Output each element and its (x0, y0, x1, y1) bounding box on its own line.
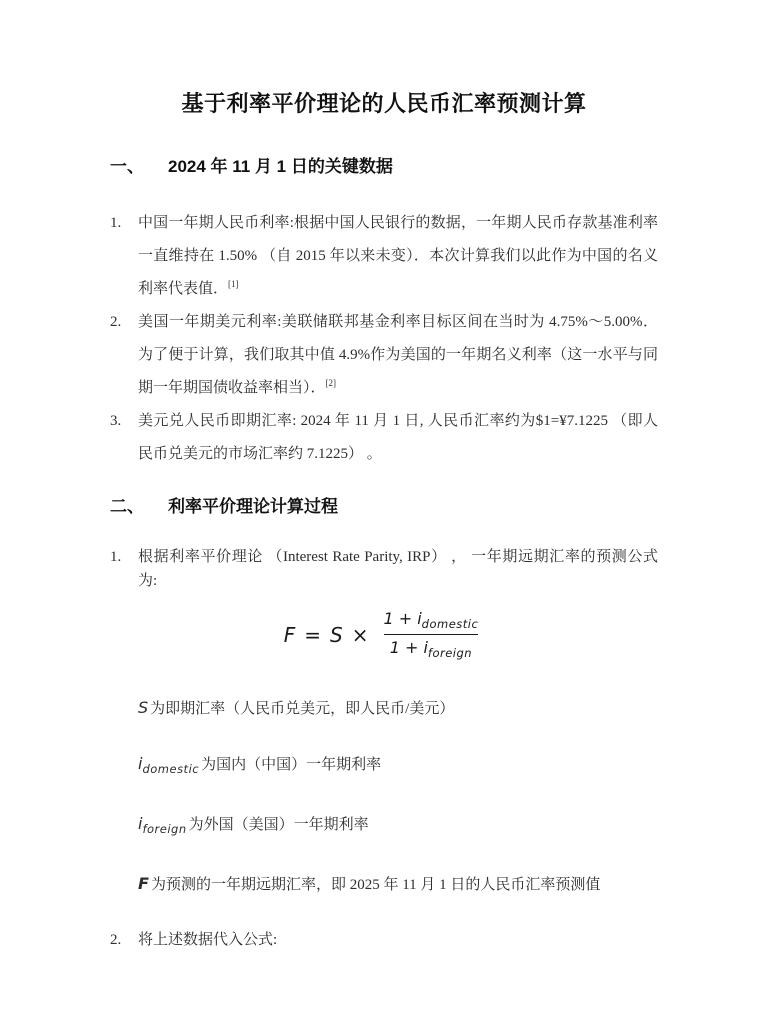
item-text: 美元兑人民币即期汇率: 2024 年 11 月 1 日, 人民币汇率约为$1=¥… (138, 405, 658, 471)
list-item: 1. 中国一年期人民币利率:根据中国人民银行的数据，一年期人民币存款基准利率一直… (110, 207, 658, 306)
fraction-denominator: 1 + iforeign (384, 634, 478, 660)
section-1-heading: 一、 2024 年 11 月 1 日的关键数据 (110, 155, 658, 179)
var-description: 为即期汇率（人民币兑美元，即人民币/美元） (150, 701, 454, 717)
section-1-number: 一、 (110, 155, 168, 179)
section-2-heading: 二、 利率平价理论计算过程 (110, 495, 658, 519)
formula-times-sign: × (352, 623, 369, 647)
list-item: 3. 美元兑人民币即期汇率: 2024 年 11 月 1 日, 人民币汇率约为$… (110, 405, 658, 471)
footnote-ref-2: [2] (326, 378, 337, 388)
var-description: 为国内（中国）一年期利率 (201, 757, 381, 773)
denominator-base: 1 + i (390, 638, 428, 657)
section-2-number: 二、 (110, 495, 168, 519)
document-page: 基于利率平价理论的人民币汇率预测计算 一、 2024 年 11 月 1 日的关键… (0, 0, 768, 1024)
var-description: 为外国（美国）一年期利率 (189, 817, 369, 833)
numerator-subscript: domestic (422, 617, 479, 631)
item-text: 中国一年期人民币利率:根据中国人民银行的数据，一年期人民币存款基准利率一直维持在… (138, 207, 658, 306)
item-number: 3. (110, 405, 138, 471)
irp-formula-block: F = S × 1 + idomestic 1 + iforeign (110, 609, 658, 660)
formula-equals-sign: = (304, 623, 321, 647)
item-body-text: 中国一年期人民币利率:根据中国人民银行的数据，一年期人民币存款基准利率一直维持在… (138, 215, 658, 297)
item-number: 2. (110, 928, 138, 952)
numerator-base: 1 + i (383, 609, 421, 628)
variable-definition-forward: F为预测的一年期远期汇率，即 2025 年 11 月 1 日的人民币汇率预测值 (138, 872, 658, 897)
variable-definition-foreign: iforeign为外国（美国）一年期利率 (138, 812, 658, 841)
key-data-list: 1. 中国一年期人民币利率:根据中国人民银行的数据，一年期人民币存款基准利率一直… (110, 207, 658, 471)
document-title: 基于利率平价理论的人民币汇率预测计算 (110, 88, 658, 119)
calculation-list-continued: 2. 将上述数据代入公式: (110, 928, 658, 952)
footnote-ref-1: [1] (228, 279, 239, 289)
item-body-text: 根据利率平价理论 （Interest Rate Parity, IRP） ， 一… (138, 549, 658, 589)
list-item: 1. 根据利率平价理论 （Interest Rate Parity, IRP） … (110, 545, 658, 593)
formula-lhs: F (284, 623, 296, 647)
fraction-numerator: 1 + idomestic (377, 609, 484, 634)
item-body-text: 将上述数据代入公式: (138, 932, 277, 948)
item-body-text: 美国一年期美元利率:美联储联邦基金利率目标区间在当时为 4.75%～5.00%．… (138, 314, 658, 396)
formula-spot-rate: S (330, 623, 343, 647)
item-text: 根据利率平价理论 （Interest Rate Parity, IRP） ， 一… (138, 545, 658, 593)
var-symbol-F: F (138, 874, 151, 893)
var-symbol-i-foreign: iforeign (138, 814, 189, 833)
var-symbol-S: S (138, 698, 150, 717)
var-description: 为预测的一年期远期汇率，即 2025 年 11 月 1 日的人民币汇率预测值 (151, 877, 600, 893)
section-2-title: 利率平价理论计算过程 (168, 495, 338, 519)
list-item: 2. 将上述数据代入公式: (110, 928, 658, 952)
var-subscript: domestic (142, 762, 199, 776)
item-number: 1. (110, 545, 138, 593)
denominator-subscript: foreign (428, 646, 472, 660)
var-symbol-i-domestic: idomestic (138, 754, 201, 773)
item-body-text: 美元兑人民币即期汇率: 2024 年 11 月 1 日, 人民币汇率约为$1=¥… (138, 413, 658, 462)
irp-formula: F = S × 1 + idomestic 1 + iforeign (284, 609, 485, 660)
var-subscript: foreign (142, 822, 186, 836)
item-number: 1. (110, 207, 138, 306)
formula-fraction: 1 + idomestic 1 + iforeign (377, 609, 484, 660)
section-1-title: 2024 年 11 月 1 日的关键数据 (168, 155, 393, 179)
item-text: 美国一年期美元利率:美联储联邦基金利率目标区间在当时为 4.75%～5.00%．… (138, 306, 658, 405)
calculation-list: 1. 根据利率平价理论 （Interest Rate Parity, IRP） … (110, 545, 658, 593)
variable-definition-spot: S为即期汇率（人民币兑美元，即人民币/美元） (138, 696, 658, 721)
variable-definition-domestic: idomestic为国内（中国）一年期利率 (138, 752, 658, 781)
item-text: 将上述数据代入公式: (138, 928, 658, 952)
variable-definitions: S为即期汇率（人民币兑美元，即人民币/美元） idomestic为国内（中国）一… (138, 696, 658, 897)
item-number: 2. (110, 306, 138, 405)
list-item: 2. 美国一年期美元利率:美联储联邦基金利率目标区间在当时为 4.75%～5.0… (110, 306, 658, 405)
